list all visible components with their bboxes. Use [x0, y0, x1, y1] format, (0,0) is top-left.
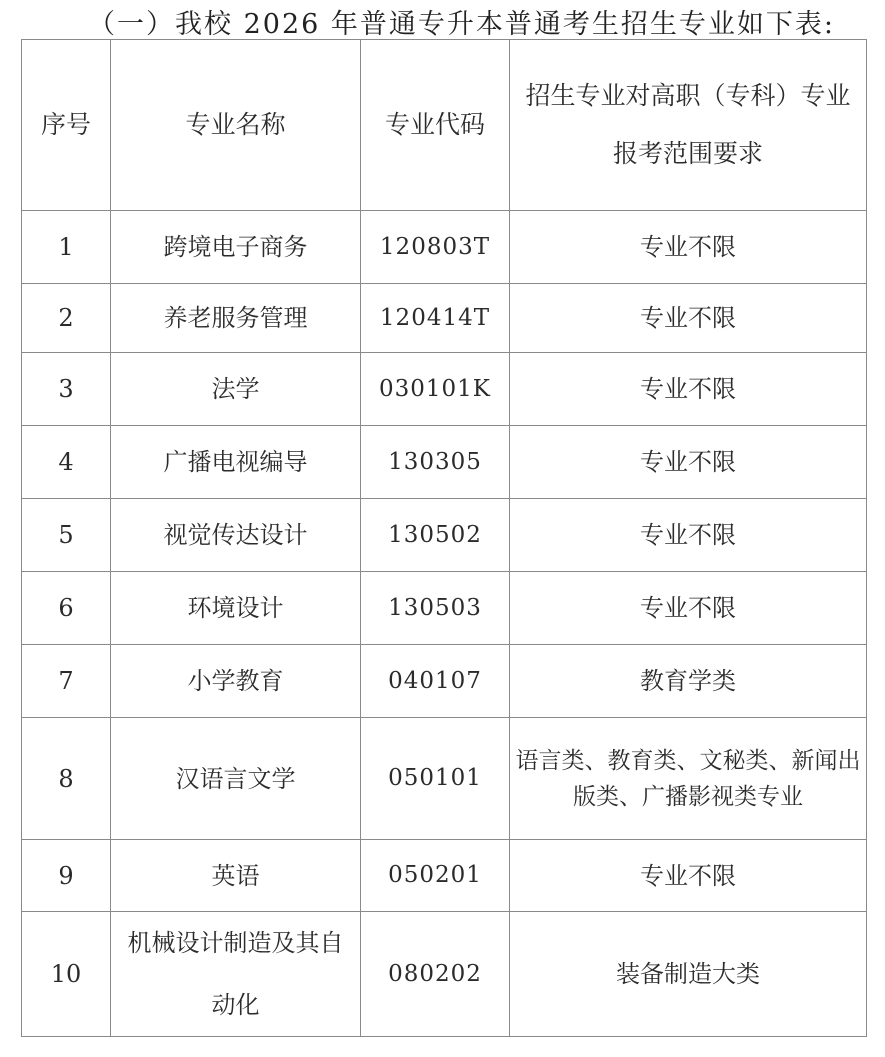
cell-code: 050101 — [361, 718, 510, 840]
cell-code: 080202 — [361, 912, 510, 1037]
table-row: 5 视觉传达设计 130502 专业不限 — [22, 499, 867, 572]
header-code: 专业代码 — [361, 40, 510, 211]
cell-no: 3 — [22, 353, 111, 426]
cell-requirement: 专业不限 — [510, 426, 867, 499]
cell-name: 养老服务管理 — [111, 284, 361, 353]
cell-requirement: 教育学类 — [510, 645, 867, 718]
cell-name: 机械设计制造及其自动化 — [111, 912, 361, 1037]
table-row: 8 汉语言文学 050101 语言类、教育类、文秘类、新闻出版类、广播影视类专业 — [22, 718, 867, 840]
cell-requirement: 语言类、教育类、文秘类、新闻出版类、广播影视类专业 — [510, 718, 867, 840]
cell-name: 汉语言文学 — [111, 718, 361, 840]
cell-no: 7 — [22, 645, 111, 718]
table-row: 1 跨境电子商务 120803T 专业不限 — [22, 211, 867, 284]
cell-requirement: 装备制造大类 — [510, 912, 867, 1037]
cell-name: 跨境电子商务 — [111, 211, 361, 284]
cell-name: 法学 — [111, 353, 361, 426]
table-row: 4 广播电视编导 130305 专业不限 — [22, 426, 867, 499]
cell-no: 9 — [22, 840, 111, 912]
cell-no: 8 — [22, 718, 111, 840]
cell-no: 2 — [22, 284, 111, 353]
cell-requirement: 专业不限 — [510, 211, 867, 284]
table-row: 2 养老服务管理 120414T 专业不限 — [22, 284, 867, 353]
cell-no: 5 — [22, 499, 111, 572]
cell-name: 英语 — [111, 840, 361, 912]
cell-name: 小学教育 — [111, 645, 361, 718]
cell-requirement: 专业不限 — [510, 499, 867, 572]
cell-code: 120803T — [361, 211, 510, 284]
table-row: 7 小学教育 040107 教育学类 — [22, 645, 867, 718]
cell-no: 10 — [22, 912, 111, 1037]
cell-code: 130305 — [361, 426, 510, 499]
cell-code: 050201 — [361, 840, 510, 912]
cell-requirement: 专业不限 — [510, 572, 867, 645]
cell-requirement: 专业不限 — [510, 840, 867, 912]
cell-code: 130502 — [361, 499, 510, 572]
table-row: 9 英语 050201 专业不限 — [22, 840, 867, 912]
cell-code: 030101K — [361, 353, 510, 426]
cell-code: 130503 — [361, 572, 510, 645]
section-title: （一）我校 2026 年普通专升本普通考生招生专业如下表: — [88, 2, 835, 41]
header-no: 序号 — [22, 40, 111, 211]
header-requirement: 招生专业对高职（专科）专业报考范围要求 — [510, 40, 867, 211]
table-header-row: 序号 专业名称 专业代码 招生专业对高职（专科）专业报考范围要求 — [22, 40, 867, 211]
table-row: 3 法学 030101K 专业不限 — [22, 353, 867, 426]
cell-name: 视觉传达设计 — [111, 499, 361, 572]
cell-no: 1 — [22, 211, 111, 284]
cell-requirement: 专业不限 — [510, 353, 867, 426]
cell-requirement: 专业不限 — [510, 284, 867, 353]
cell-no: 4 — [22, 426, 111, 499]
table-row: 10 机械设计制造及其自动化 080202 装备制造大类 — [22, 912, 867, 1037]
cell-name: 环境设计 — [111, 572, 361, 645]
header-name: 专业名称 — [111, 40, 361, 211]
cell-name: 广播电视编导 — [111, 426, 361, 499]
cell-code: 040107 — [361, 645, 510, 718]
cell-no: 6 — [22, 572, 111, 645]
table-row: 6 环境设计 130503 专业不限 — [22, 572, 867, 645]
majors-table: 序号 专业名称 专业代码 招生专业对高职（专科）专业报考范围要求 1 跨境电子商… — [21, 39, 867, 1037]
cell-code: 120414T — [361, 284, 510, 353]
